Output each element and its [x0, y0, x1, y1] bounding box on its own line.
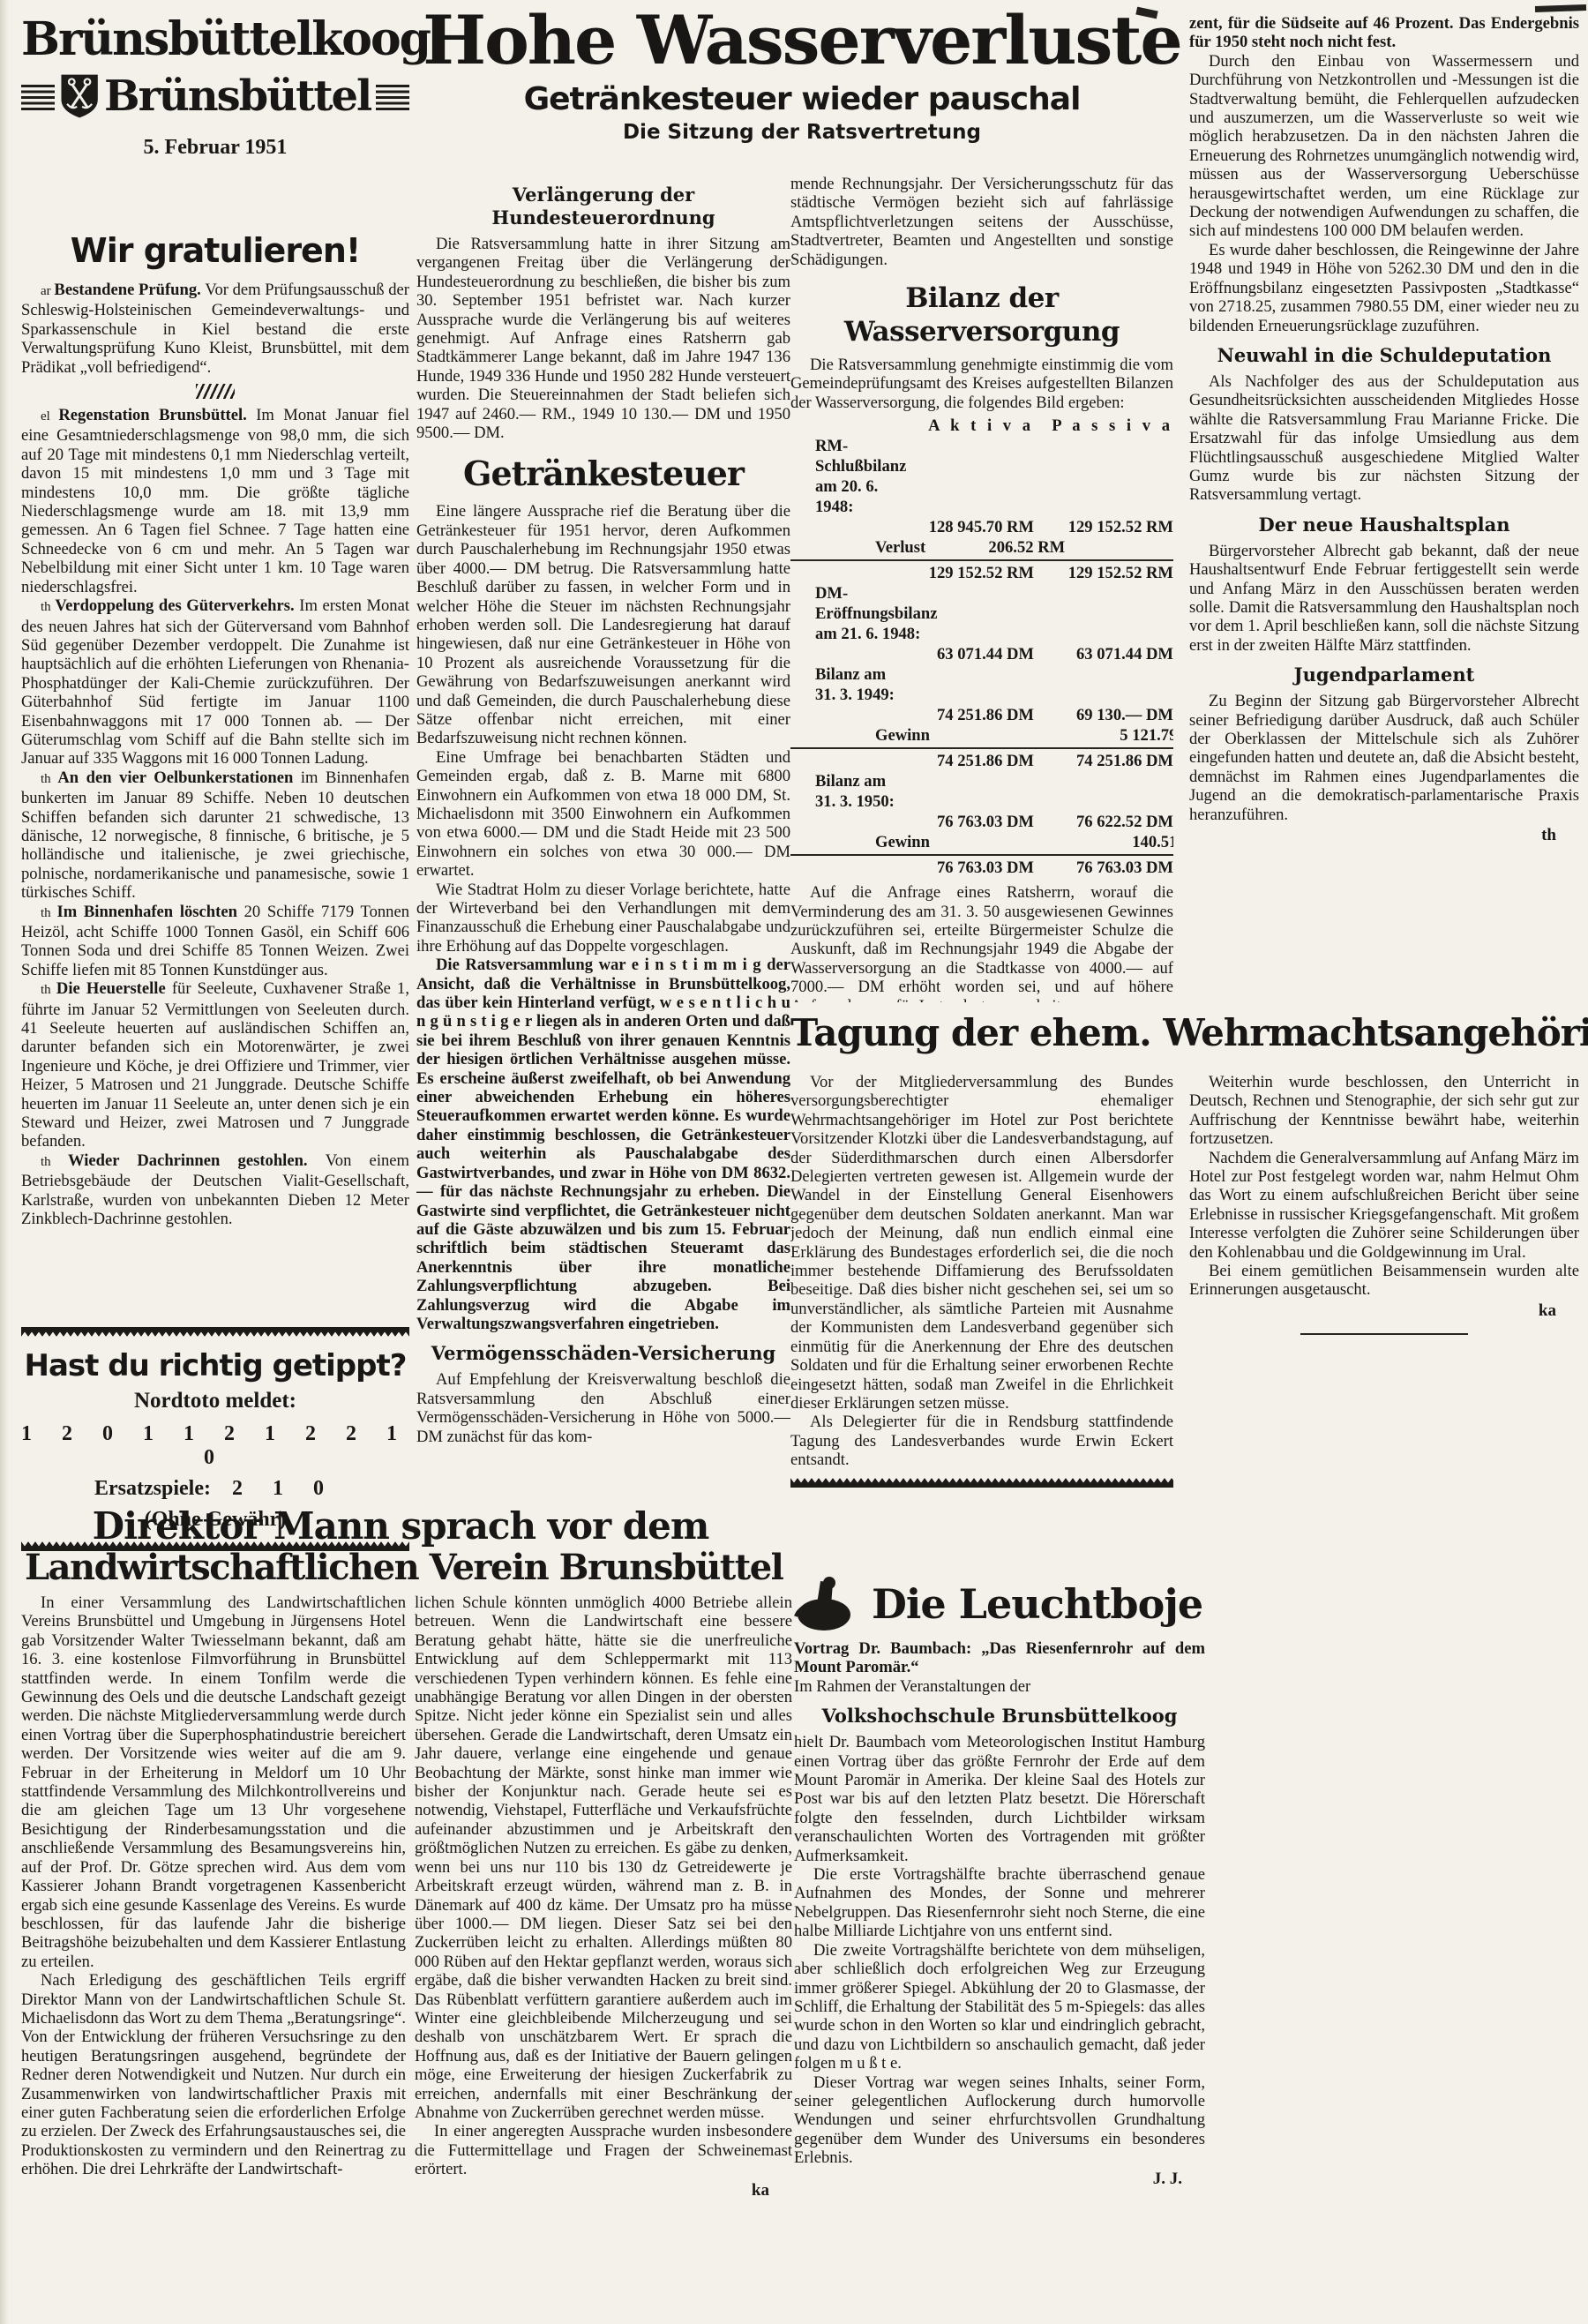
hatch-ornament: [21, 82, 55, 110]
main-kicker: Die Sitzung der Ratsvertretung: [416, 120, 1187, 145]
author-initials: ka: [1189, 1301, 1579, 1321]
local-news-column: Wir gratulieren! ar Bestandene Prüfung. …: [21, 222, 409, 1325]
main-article-column-1: Verlängerung der HundesteuerordnungDie R…: [416, 175, 790, 1509]
paragraph: Vor der Mitgliederversammlung des Bundes…: [790, 1073, 1173, 1413]
leuchtboje-heading: Die Leuchtboje: [872, 1580, 1202, 1628]
veterans-article-header: Tagung der ehem. Wehrmachtsangehörigen: [790, 1011, 1581, 1055]
paragraph-lead: An den vier Oelbunkerstationen: [57, 768, 301, 787]
paragraph: Auf die Anfrage eines Ratsherrn, worauf …: [790, 883, 1173, 1002]
veterans-headline: Tagung der ehem. Wehrmachtsangehörigen: [790, 1011, 1581, 1055]
farmers-article-header: Direktor Mann sprach vor dem Landwirtsch…: [25, 1505, 776, 1588]
passiva-value: P a s s i v a: [1034, 416, 1173, 436]
balance-label: Gewinn: [790, 725, 930, 746]
newspaper-page: Brünsbüttelkoog Brünsbüttel 5. Februar 1…: [0, 0, 1588, 2324]
author-initials: ka: [415, 2181, 792, 2200]
paragraph: Zu Beginn der Sitzung gab Bürgervorstehe…: [1189, 692, 1579, 824]
paragraph: th Verdoppelung des Güterverkehrs. Im er…: [21, 596, 409, 768]
paragraph: th Die Heuerstelle für Seeleute, Cuxhave…: [21, 979, 409, 1151]
hatch-ornament: [376, 82, 409, 110]
balance-row: 74 251.86 DM69 130.— DM: [790, 705, 1173, 725]
farmers-column-1: In einer Versammlung des Landwirtschaftl…: [21, 1593, 406, 2320]
masthead-title-line1: Brünsbüttelkoog: [21, 14, 409, 65]
balance-row: 76 763.03 DM76 622.52 DM: [790, 812, 1173, 832]
paragraph: Die erste Vortragshälfte brachte überras…: [794, 1865, 1205, 1941]
author-initials: th: [1189, 826, 1579, 845]
balance-row: Bilanz am 31. 3. 1950:: [790, 771, 1173, 812]
ersatz-label: Ersatzspiele:: [94, 1477, 211, 1500]
balance-label: Verlust: [790, 537, 925, 558]
paragraph: In einer Versammlung des Landwirtschaftl…: [21, 1593, 406, 1971]
paragraph: Nach Erledigung des geschäftlichen Teils…: [21, 1971, 406, 2178]
balance-row: DM-Eröffnungsbilanz am 21. 6. 1948:: [790, 583, 1173, 644]
farmers-headline-line1: Direktor Mann sprach vor dem: [25, 1505, 776, 1548]
ersatz-numbers: 2 1 0: [216, 1477, 336, 1500]
paragraph: Die Ratsversammlung hatte in ihrer Sitzu…: [416, 235, 790, 442]
paragraph-lead: Die Heuerstelle: [56, 979, 172, 998]
section-heading: Volkshochschule Brunsbüttelkoog: [794, 1705, 1205, 1728]
paragraph: zent, für die Südseite auf 46 Prozent. D…: [1189, 14, 1579, 52]
correspondent-mark: th: [41, 983, 56, 997]
masthead: Brünsbüttelkoog Brünsbüttel 5. Februar 1…: [21, 14, 409, 160]
paragraph-lead: Im Binnenhafen löschten: [56, 903, 243, 921]
author-initials: J. J.: [794, 2170, 1205, 2189]
aktiva-value: A k t i v a: [895, 416, 1034, 436]
balance-label: Bilanz am 31. 3. 1949:: [790, 664, 895, 705]
passiva-value: 140.51 DM: [1069, 832, 1173, 852]
masthead-title-line2: Brünsbüttel: [21, 69, 409, 124]
section-heading: Bilanz der Wasserversorgung: [790, 281, 1173, 349]
passiva-value: 69 130.— DM: [1034, 705, 1173, 725]
paragraph: In einer angeregten Aussprache wurden in…: [415, 2122, 792, 2178]
passiva-value: 76 622.52 DM: [1034, 812, 1173, 832]
balance-table: A k t i v aP a s s i v aRM-Schlußbilanz …: [790, 416, 1173, 878]
aktiva-value: 76 763.03 DM: [895, 858, 1034, 878]
paragraph: Die Ratsversammlung genehmigte einstimmi…: [790, 356, 1173, 412]
aktiva-value: 206.52 RM: [925, 537, 1065, 558]
paragraph: hielt Dr. Baumbach vom Meteorologischen …: [794, 1733, 1205, 1865]
main-article-header: Hohe Wasserverluste Getränkesteuer wiede…: [416, 4, 1187, 145]
aktiva-value: 128 945.70 RM: [895, 517, 1034, 537]
balance-row: Verlust206.52 RM: [790, 537, 1173, 561]
paragraph: Weiterhin wurde beschlossen, den Unterri…: [1189, 1073, 1579, 1149]
main-article-column-2: mende Rechnungsjahr. Der Versicherungssc…: [790, 175, 1173, 1002]
paragraph: Nachdem die Generalversammlung auf Anfan…: [1189, 1149, 1579, 1262]
balance-row: 74 251.86 DM74 251.86 DM: [790, 751, 1173, 771]
paragraph: Im Rahmen der Veranstaltungen der: [794, 1677, 1205, 1696]
paragraph: Die zweite Vortragshälfte berichtete von…: [794, 1941, 1205, 2073]
balance-label: DM-Eröffnungsbilanz am 21. 6. 1948:: [790, 583, 937, 644]
paragraph: Dieser Vortrag war wegen seines Inhalts,…: [794, 2073, 1205, 2168]
paragraph: Als Delegierter für die in Rendsburg sta…: [790, 1413, 1173, 1469]
passiva-value: 5 121.79 DM: [1069, 725, 1173, 746]
paragraph-lead: Bestandene Prüfung.: [54, 281, 205, 299]
section-heading: Getränkesteuer: [416, 454, 790, 493]
farmers-headline-line2: Landwirtschaftlichen Verein Brunsbüttel: [25, 1548, 776, 1588]
paragraph: mende Rechnungsjahr. Der Versicherungssc…: [790, 175, 1173, 269]
scan-edge-shadow: [0, 0, 9, 2324]
main-headline: Hohe Wasserverluste: [416, 4, 1187, 78]
main-subheadline: Getränkesteuer wieder pauschal: [416, 81, 1187, 118]
aktiva-value: 74 251.86 DM: [895, 751, 1034, 771]
passiva-value: 63 071.44 DM: [1034, 644, 1173, 664]
balance-row: 63 071.44 DM63 071.44 DM: [790, 644, 1173, 664]
balance-row: A k t i v aP a s s i v a: [790, 416, 1173, 436]
paragraph: Auf Empfehlung der Kreisverwaltung besch…: [416, 1370, 790, 1446]
paragraph: th Wieder Dachrinnen gestohlen. Von eine…: [21, 1151, 409, 1229]
paragraph-lead: Vortrag Dr. Baumbach: „Das Riesenfernroh…: [794, 1639, 1205, 1676]
paragraph: th Im Binnenhafen löschten 20 Schiffe 71…: [21, 903, 409, 980]
aktiva-value: 76 763.03 DM: [895, 812, 1034, 832]
section-heading: Vermögensschäden-Versicherung: [416, 1342, 790, 1365]
paragraph: Eine Umfrage bei benachbarten Städten un…: [416, 748, 790, 881]
balance-row: 128 945.70 RM129 152.52 RM: [790, 517, 1173, 537]
veterans-column-2: Weiterhin wurde beschlossen, den Unterri…: [1189, 1073, 1579, 1443]
paragraph: Wie Stadtrat Holm zu dieser Vorlage beri…: [416, 881, 790, 956]
leuchtboje-article: Die Leuchtboje Vortrag Dr. Baumbach: „Da…: [794, 1576, 1205, 2320]
section-heading: Neuwahl in die Schuldeputation: [1189, 344, 1579, 367]
balance-row: Bilanz am 31. 3. 1949:: [790, 664, 1173, 705]
main-article-column-3: zent, für die Südseite auf 46 Prozent. D…: [1189, 14, 1579, 1064]
balance-row: Gewinn140.51 DM: [790, 832, 1173, 856]
passiva-value: 76 763.03 DM: [1034, 858, 1173, 878]
correspondent-mark: th: [41, 1155, 68, 1169]
paragraph: Es wurde daher beschlossen, die Reingewi…: [1189, 241, 1579, 335]
section-heading: Der neue Haushaltsplan: [1189, 514, 1579, 536]
toto-numbers: 1 2 0 1 1 2 1 2 2 1 0: [21, 1422, 409, 1470]
masthead-title-line2-text: Brünsbüttel: [104, 71, 371, 121]
paragraph-lead: Wieder Dachrinnen gestohlen.: [68, 1151, 326, 1170]
divider-rule: [1300, 1333, 1468, 1335]
farmers-column-2: lichen Schule könnten unmöglich 4000 Bet…: [415, 1593, 792, 2320]
buoy-icon: [794, 1576, 863, 1632]
correspondent-mark: ar: [41, 284, 54, 298]
local-news-blocks: ar Bestandene Prüfung. Vor dem Prüfungsa…: [21, 281, 409, 1229]
section-heading: Verlängerung der Hundesteuerordnung: [416, 184, 790, 229]
aktiva-value: 74 251.86 DM: [895, 705, 1034, 725]
balance-label: RM-Schlußbilanz am 20. 6. 1948:: [790, 436, 906, 517]
balance-row: Gewinn5 121.79 DM: [790, 725, 1173, 749]
aktiva-value: 129 152.52 RM: [895, 563, 1034, 583]
balance-row: 76 763.03 DM76 763.03 DM: [790, 858, 1173, 878]
passiva-value: 129 152.52 RM: [1034, 563, 1173, 583]
toto-heading: Hast du richtig getippt?: [21, 1348, 409, 1383]
paragraph: th An den vier Oelbunkerstationen im Bin…: [21, 768, 409, 903]
correspondent-mark: th: [41, 906, 56, 920]
toto-subheading: Nordtoto meldet:: [21, 1389, 409, 1413]
toto-ersatzspiele: Ersatzspiele: 2 1 0: [21, 1477, 409, 1501]
passiva-value: 74 251.86 DM: [1034, 751, 1173, 771]
paragraph: Vortrag Dr. Baumbach: „Das Riesenfernroh…: [794, 1639, 1205, 1677]
correspondent-mark: th: [41, 600, 55, 614]
scan-artifact: [1535, 4, 1586, 12]
aktiva-value: 63 071.44 DM: [895, 644, 1034, 664]
paragraph: lichen Schule könnten unmöglich 4000 Bet…: [415, 1593, 792, 2122]
leuchtboje-header: Die Leuchtboje: [794, 1576, 1205, 1632]
paragraph: Durch den Einbau von Wassermessern und D…: [1189, 52, 1579, 241]
paragraph: Als Nachfolger des aus der Schuldeputati…: [1189, 372, 1579, 505]
paragraph: Bürgervorsteher Albrecht gab bekannt, da…: [1189, 542, 1579, 655]
issue-date: 5. Februar 1951: [21, 136, 409, 160]
paragraph-lead: Regenstation Brunsbüttel.: [58, 406, 256, 424]
correspondent-mark: th: [41, 772, 57, 786]
zigzag-divider: [21, 1327, 409, 1338]
paragraph: Bei einem gemütlichen Beisammensein wurd…: [1189, 1262, 1579, 1300]
congratulations-heading: Wir gratulieren!: [21, 231, 409, 270]
leuchtboje-blocks: Vortrag Dr. Baumbach: „Das Riesenfernroh…: [794, 1639, 1205, 2189]
balance-label: Bilanz am 31. 3. 1950:: [790, 771, 895, 812]
veterans-column-1: Vor der Mitgliederversammlung des Bundes…: [790, 1073, 1173, 1563]
balance-row: 129 152.52 RM129 152.52 RM: [790, 563, 1173, 583]
correspondent-mark: el: [41, 409, 58, 424]
zigzag-divider: [790, 1477, 1173, 1488]
paragraph: ar Bestandene Prüfung. Vor dem Prüfungsa…: [21, 281, 409, 377]
coat-of-arms-icon: [60, 69, 99, 124]
paragraph: Eine längere Aussprache rief die Beratun…: [416, 502, 790, 747]
passiva-value: 129 152.52 RM: [1034, 517, 1173, 537]
paragraph: el Regenstation Brunsbüttel. Im Monat Ja…: [21, 406, 409, 596]
balance-row: RM-Schlußbilanz am 20. 6. 1948:: [790, 436, 1173, 517]
paragraph-lead: Verdoppelung des Güterverkehrs.: [55, 596, 299, 615]
balance-label: Gewinn: [790, 832, 930, 852]
paragraph: Die Ratsversammlung war e i n s t i m m …: [416, 956, 790, 1333]
section-heading: Jugendparlament: [1189, 663, 1579, 686]
section-separator: [196, 384, 235, 399]
